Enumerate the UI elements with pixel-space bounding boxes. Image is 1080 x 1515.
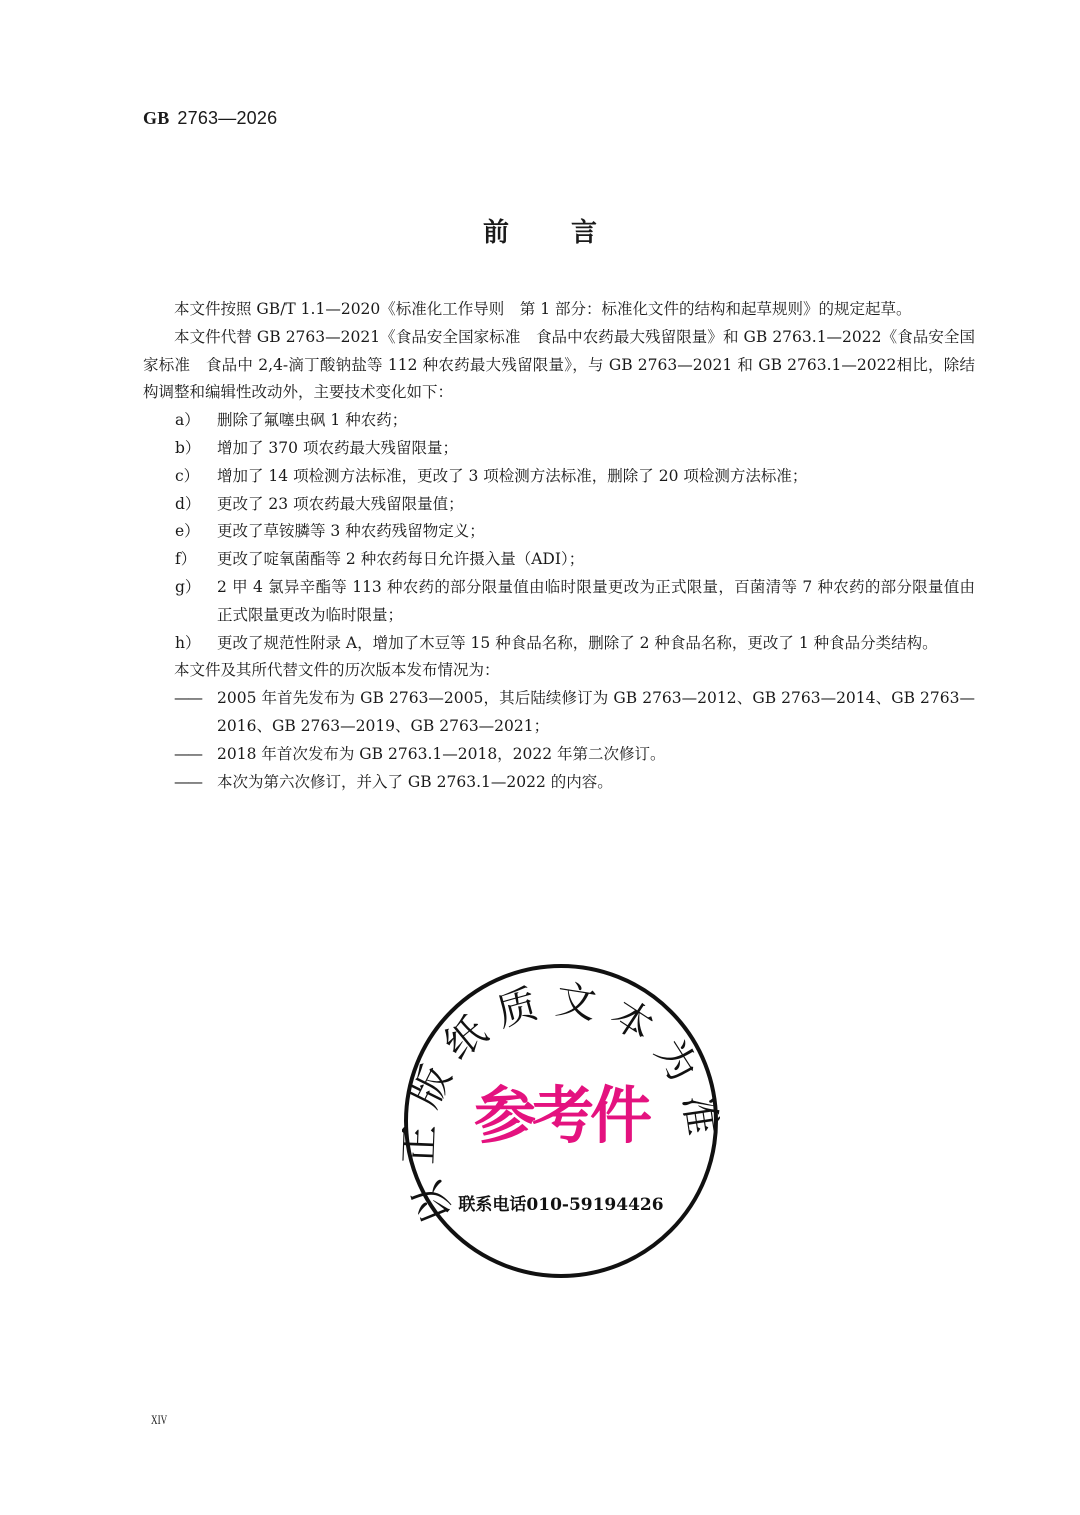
reference-copy-stamp: 以正版纸质文本为准 参考件 联系电话010-59194426 bbox=[402, 962, 720, 1280]
list-item: b）增加了 370 项农药最大残留限量； bbox=[143, 435, 975, 463]
list-item: c）增加了 14 项检测方法标准，更改了 3 项检测方法标准，删除了 20 项检… bbox=[143, 463, 975, 491]
title-char-1: 前 bbox=[483, 212, 509, 249]
page-number: XIV bbox=[151, 1412, 167, 1428]
list-item: ——本次为第六次修订，并入了 GB 2763.1—2022 的内容。 bbox=[143, 769, 975, 797]
stamp-center-text: 参考件 bbox=[402, 1066, 720, 1155]
list-item: g）2 甲 4 氯异辛酯等 113 种农药的部分限量值由临时限量更改为正式限量，… bbox=[143, 574, 975, 630]
list-item: f）更改了啶氧菌酯等 2 种农药每日允许摄入量（ADI）； bbox=[143, 546, 975, 574]
list-item: e）更改了草铵膦等 3 种农药残留物定义； bbox=[143, 518, 975, 546]
page-title: 前言 bbox=[0, 212, 1080, 249]
paragraph-replacement: 本文件代替 GB 2763—2021《食品安全国家标准 食品中农药最大残留限量》… bbox=[143, 324, 975, 407]
stamp-phone: 联系电话010-59194426 bbox=[402, 1190, 720, 1215]
list-item: ——2005 年首先发布为 GB 2763—2005，其后陆续修订为 GB 27… bbox=[143, 685, 975, 741]
standard-number: 2763—2026 bbox=[177, 108, 277, 128]
title-char-2: 言 bbox=[571, 212, 597, 249]
list-item: ——2018 年首次发布为 GB 2763.1—2018，2022 年第二次修订… bbox=[143, 741, 975, 769]
list-item: a）删除了氟噻虫砜 1 种农药； bbox=[143, 407, 975, 435]
paragraph-history-intro: 本文件及其所代替文件的历次版本发布情况为： bbox=[143, 657, 975, 685]
list-item: h）更改了规范性附录 A，增加了木豆等 15 种食品名称，删除了 2 种食品名称… bbox=[143, 630, 975, 658]
history-list: ——2005 年首先发布为 GB 2763—2005，其后陆续修订为 GB 27… bbox=[143, 685, 975, 796]
list-item: d）更改了 23 项农药最大残留限量值； bbox=[143, 491, 975, 519]
foreword-body: 本文件按照 GB/T 1.1—2020《标准化工作导则 第 1 部分：标准化文件… bbox=[143, 296, 975, 796]
changes-list: a）删除了氟噻虫砜 1 种农药； b）增加了 370 项农药最大残留限量； c）… bbox=[143, 407, 975, 657]
standard-prefix: GB bbox=[143, 108, 169, 128]
paragraph-drafting-rules: 本文件按照 GB/T 1.1—2020《标准化工作导则 第 1 部分：标准化文件… bbox=[143, 296, 975, 324]
standard-code-header: GB2763—2026 bbox=[143, 108, 277, 129]
